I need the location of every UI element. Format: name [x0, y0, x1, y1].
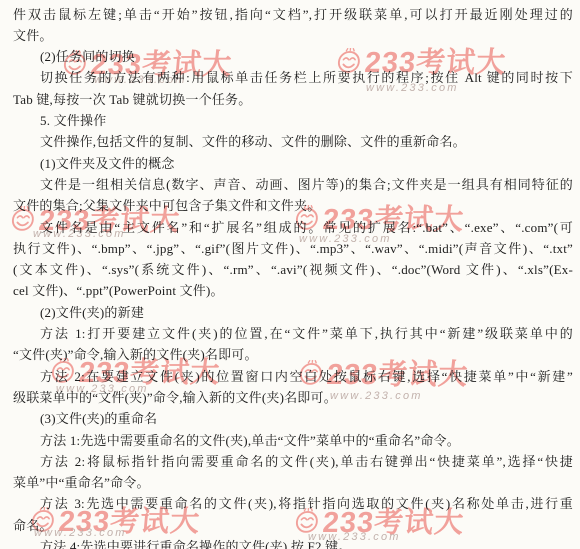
- text-line: 执行文件)、“.bmp”、“.jpg”、“.gif”(图片文件)、“.mp3”、…: [13, 238, 573, 259]
- text-line: 文件的集合;父集文件夹中可包含子集文件和文件夹。: [13, 195, 573, 216]
- text-line: “文件(夹)”命令,输入新的文件(夹)名即可。: [13, 344, 573, 365]
- text-line: 方法 2:在要建立文件(夹)的位置窗口内空白处按鼠标右键,选择“快捷菜单”中“新…: [13, 366, 573, 387]
- text-line: 方法 3:先选中需要重命名的文件(夹),将指针指向选取的文件(夹)名称处单击,进…: [13, 493, 573, 514]
- text-line: (3)文件(夹)的重命名: [13, 408, 573, 429]
- text-line: 文件是一组相关信息(数字、声音、动画、图片等)的集合;文件夹是一组具有相同特征的: [13, 174, 573, 195]
- text-line: Tab 键,每按一次 Tab 键就切换一个任务。: [13, 89, 573, 110]
- text-line: 文件名是由“主文件名”和“扩展名”组成的。常见的扩展名:“.bat”、“.exe…: [13, 217, 573, 238]
- text-line: (文本文件)、“.sys”(系统文件)、“.rm”、“.avi”(视频文件)、“…: [13, 259, 573, 280]
- text-line: 方法 1:打开要建立文件(夹)的位置,在“文件”菜单下,执行其中“新建”级联菜单…: [13, 323, 573, 344]
- text-line: 文件。: [13, 25, 573, 46]
- text-line: 方法 2:将鼠标指针指向需要重命名的文件(夹),单击右键弹出“快捷菜单”,选择“…: [13, 451, 573, 472]
- text-line: (2)任务间的切换: [13, 46, 573, 67]
- text-line: 命名。: [13, 515, 573, 536]
- scanned-document-page: 233考试大 www.233.com 233考试大 www.233.com: [0, 0, 580, 549]
- text-line: (1)文件夹及文件的概念: [13, 153, 573, 174]
- text-line: 文件操作,包括文件的复制、文件的移动、文件的删除、文件的重新命名。: [13, 131, 573, 152]
- text-line: cel 文件)、“.ppt”(PowerPoint 文件)。: [13, 280, 573, 301]
- text-line: 方法 4:先选中要进行重命名操作的文件(夹),按 F2 键。: [13, 536, 573, 549]
- text-line: 切换任务的方法有两种:用鼠标单击任务栏上所要执行的程序;按住 Alt 键的同时按…: [13, 67, 573, 88]
- text-line: 件双击鼠标左键;单击“开始”按钮,指向“文档”,打开级联菜单,可以打开最近刚处理…: [13, 4, 573, 25]
- text-line: 方法 1:先选中需要重命名的文件(夹),单击“文件”菜单中的“重命名”命令。: [13, 430, 573, 451]
- text-line: (2)文件(夹)的新建: [13, 302, 573, 323]
- document-text-layer: 件双击鼠标左键;单击“开始”按钮,指向“文档”,打开级联菜单,可以打开最近刚处理…: [0, 0, 580, 549]
- text-line: 5. 文件操作: [13, 110, 573, 131]
- text-line: 级联菜单中的“文件(夹)”命令,输入新的文件(夹)名即可。: [13, 387, 573, 408]
- text-line: 菜单”中“重命名”命令。: [13, 472, 573, 493]
